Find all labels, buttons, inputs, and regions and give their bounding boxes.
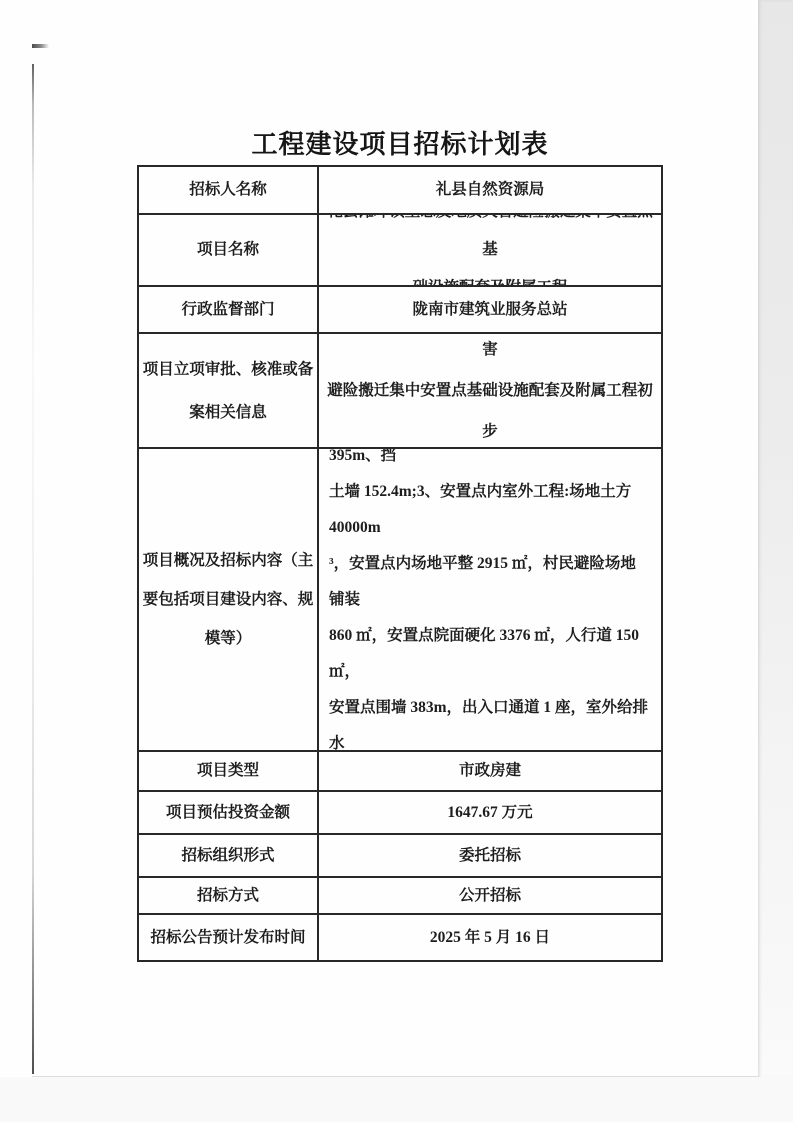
scan-paper-bottom-margin: [0, 1077, 793, 1122]
row-label: 项目名称: [139, 215, 319, 285]
table-row: 项目类型 市政房建: [139, 752, 661, 792]
label-line: 招标方式: [141, 884, 315, 907]
value-line: 市政房建: [323, 759, 657, 782]
table-row: 项目预估投资金额 1647.67 万元: [139, 792, 661, 835]
row-value: 市政房建: [319, 752, 661, 790]
label-line: 招标人名称: [141, 178, 315, 201]
table-row: 招标方式 公开招标: [139, 878, 661, 915]
scan-artifact-dash: [32, 44, 49, 48]
label-line: 招标公告预计发布时间: [141, 926, 315, 949]
label-line: 项目概况及招标内容（主: [141, 541, 315, 580]
table-row: 行政监督部门 陇南市建筑业服务总站: [139, 287, 661, 334]
value-line: 礼县自然资源局: [323, 178, 657, 201]
row-value: 2025 年 5 月 16 日: [319, 915, 661, 960]
value-line: 礼县滩坪镇生态及地质灾害避险搬迁集中安置点基: [323, 215, 657, 269]
value-line: ³，安置点内场地平整 2915 ㎡，村民避险场地铺装: [329, 546, 651, 618]
value-line: 860 ㎡，安置点院面硬化 3376 ㎡，人行道 150 ㎡，: [329, 618, 651, 690]
row-value: 1647.67 万元: [319, 792, 661, 833]
row-value: 主要建设内容为：1、一体化污水处理站一座;2、安 置点道路工程:道路 1547 …: [319, 449, 661, 750]
value-line: 1647.67 万元: [323, 801, 657, 824]
label-line: 项目预估投资金额: [141, 801, 315, 824]
row-label: 项目概况及招标内容（主 要包括项目建设内容、规 模等）: [139, 449, 319, 750]
label-line: 招标组织形式: [141, 844, 315, 867]
scan-paper-right-edge: [758, 0, 793, 1078]
label-line: 项目类型: [141, 759, 315, 782]
row-value: 礼县自然资源局: [319, 167, 661, 213]
row-value: 陇南市建筑业服务总站: [319, 287, 661, 332]
bidding-plan-table: 招标人名称 礼县自然资源局 项目名称 礼县滩坪镇生态及地质灾害避险搬迁集中安置点…: [137, 165, 663, 962]
row-label: 项目类型: [139, 752, 319, 790]
row-value: 委托招标: [319, 835, 661, 876]
row-value: 礼县发展和改革局关于礼县滩坪镇生态及地质灾害 避险搬迁集中安置点基础设施配套及附…: [319, 334, 661, 447]
table-row: 招标人名称 礼县自然资源局: [139, 167, 661, 215]
table-row: 项目概况及招标内容（主 要包括项目建设内容、规 模等） 主要建设内容为：1、一体…: [139, 449, 661, 752]
value-line: 礼县发展和改革局关于礼县滩坪镇生态及地质灾害: [323, 334, 657, 370]
page-title: 工程建设项目招标计划表: [137, 124, 663, 161]
value-line: 避险搬迁集中安置点基础设施配套及附属工程初步: [323, 370, 657, 449]
scanned-document-page: 工程建设项目招标计划表 招标人名称 礼县自然资源局 项目名称 礼县滩坪镇生态及地…: [0, 0, 793, 1122]
label-line: 要包括项目建设内容、规: [141, 580, 315, 619]
value-line: 公开招标: [323, 884, 657, 907]
row-label: 项目立项审批、核准或备 案相关信息: [139, 334, 319, 447]
scan-artifact-vertical-line: [32, 64, 34, 1074]
table-row: 招标组织形式 委托招标: [139, 835, 661, 878]
label-line: 项目立项审批、核准或备: [141, 348, 315, 391]
label-line: 行政监督部门: [141, 298, 315, 321]
value-line: 委托招标: [323, 844, 657, 867]
value-line: 2025 年 5 月 16 日: [323, 926, 657, 949]
value-line: 土墙 152.4m;3、安置点内室外工程:场地土方 40000m: [329, 474, 651, 546]
row-label: 招标人名称: [139, 167, 319, 213]
value-line: 陇南市建筑业服务总站: [323, 298, 657, 321]
row-value: 礼县滩坪镇生态及地质灾害避险搬迁集中安置点基 础设施配套及附属工程: [319, 215, 661, 285]
label-line: 项目名称: [141, 238, 315, 261]
label-line: 模等）: [141, 619, 315, 658]
row-label: 招标组织形式: [139, 835, 319, 876]
table-row: 招标公告预计发布时间 2025 年 5 月 16 日: [139, 915, 661, 960]
value-line: 置点道路工程:道路 1547 ㎡、排水盖板渠 395m、挡: [329, 449, 651, 474]
row-label: 招标公告预计发布时间: [139, 915, 319, 960]
value-line: 安置点围墙 383m，出入口通道 1 座，室外给排水: [329, 690, 651, 753]
row-label: 招标方式: [139, 878, 319, 913]
row-label: 行政监督部门: [139, 287, 319, 332]
table-row: 项目名称 礼县滩坪镇生态及地质灾害避险搬迁集中安置点基 础设施配套及附属工程: [139, 215, 661, 287]
label-line: 案相关信息: [141, 391, 315, 434]
row-label: 项目预估投资金额: [139, 792, 319, 833]
row-value: 公开招标: [319, 878, 661, 913]
value-line: 础设施配套及附属工程: [323, 269, 657, 287]
table-row: 项目立项审批、核准或备 案相关信息 礼县发展和改革局关于礼县滩坪镇生态及地质灾害…: [139, 334, 661, 449]
